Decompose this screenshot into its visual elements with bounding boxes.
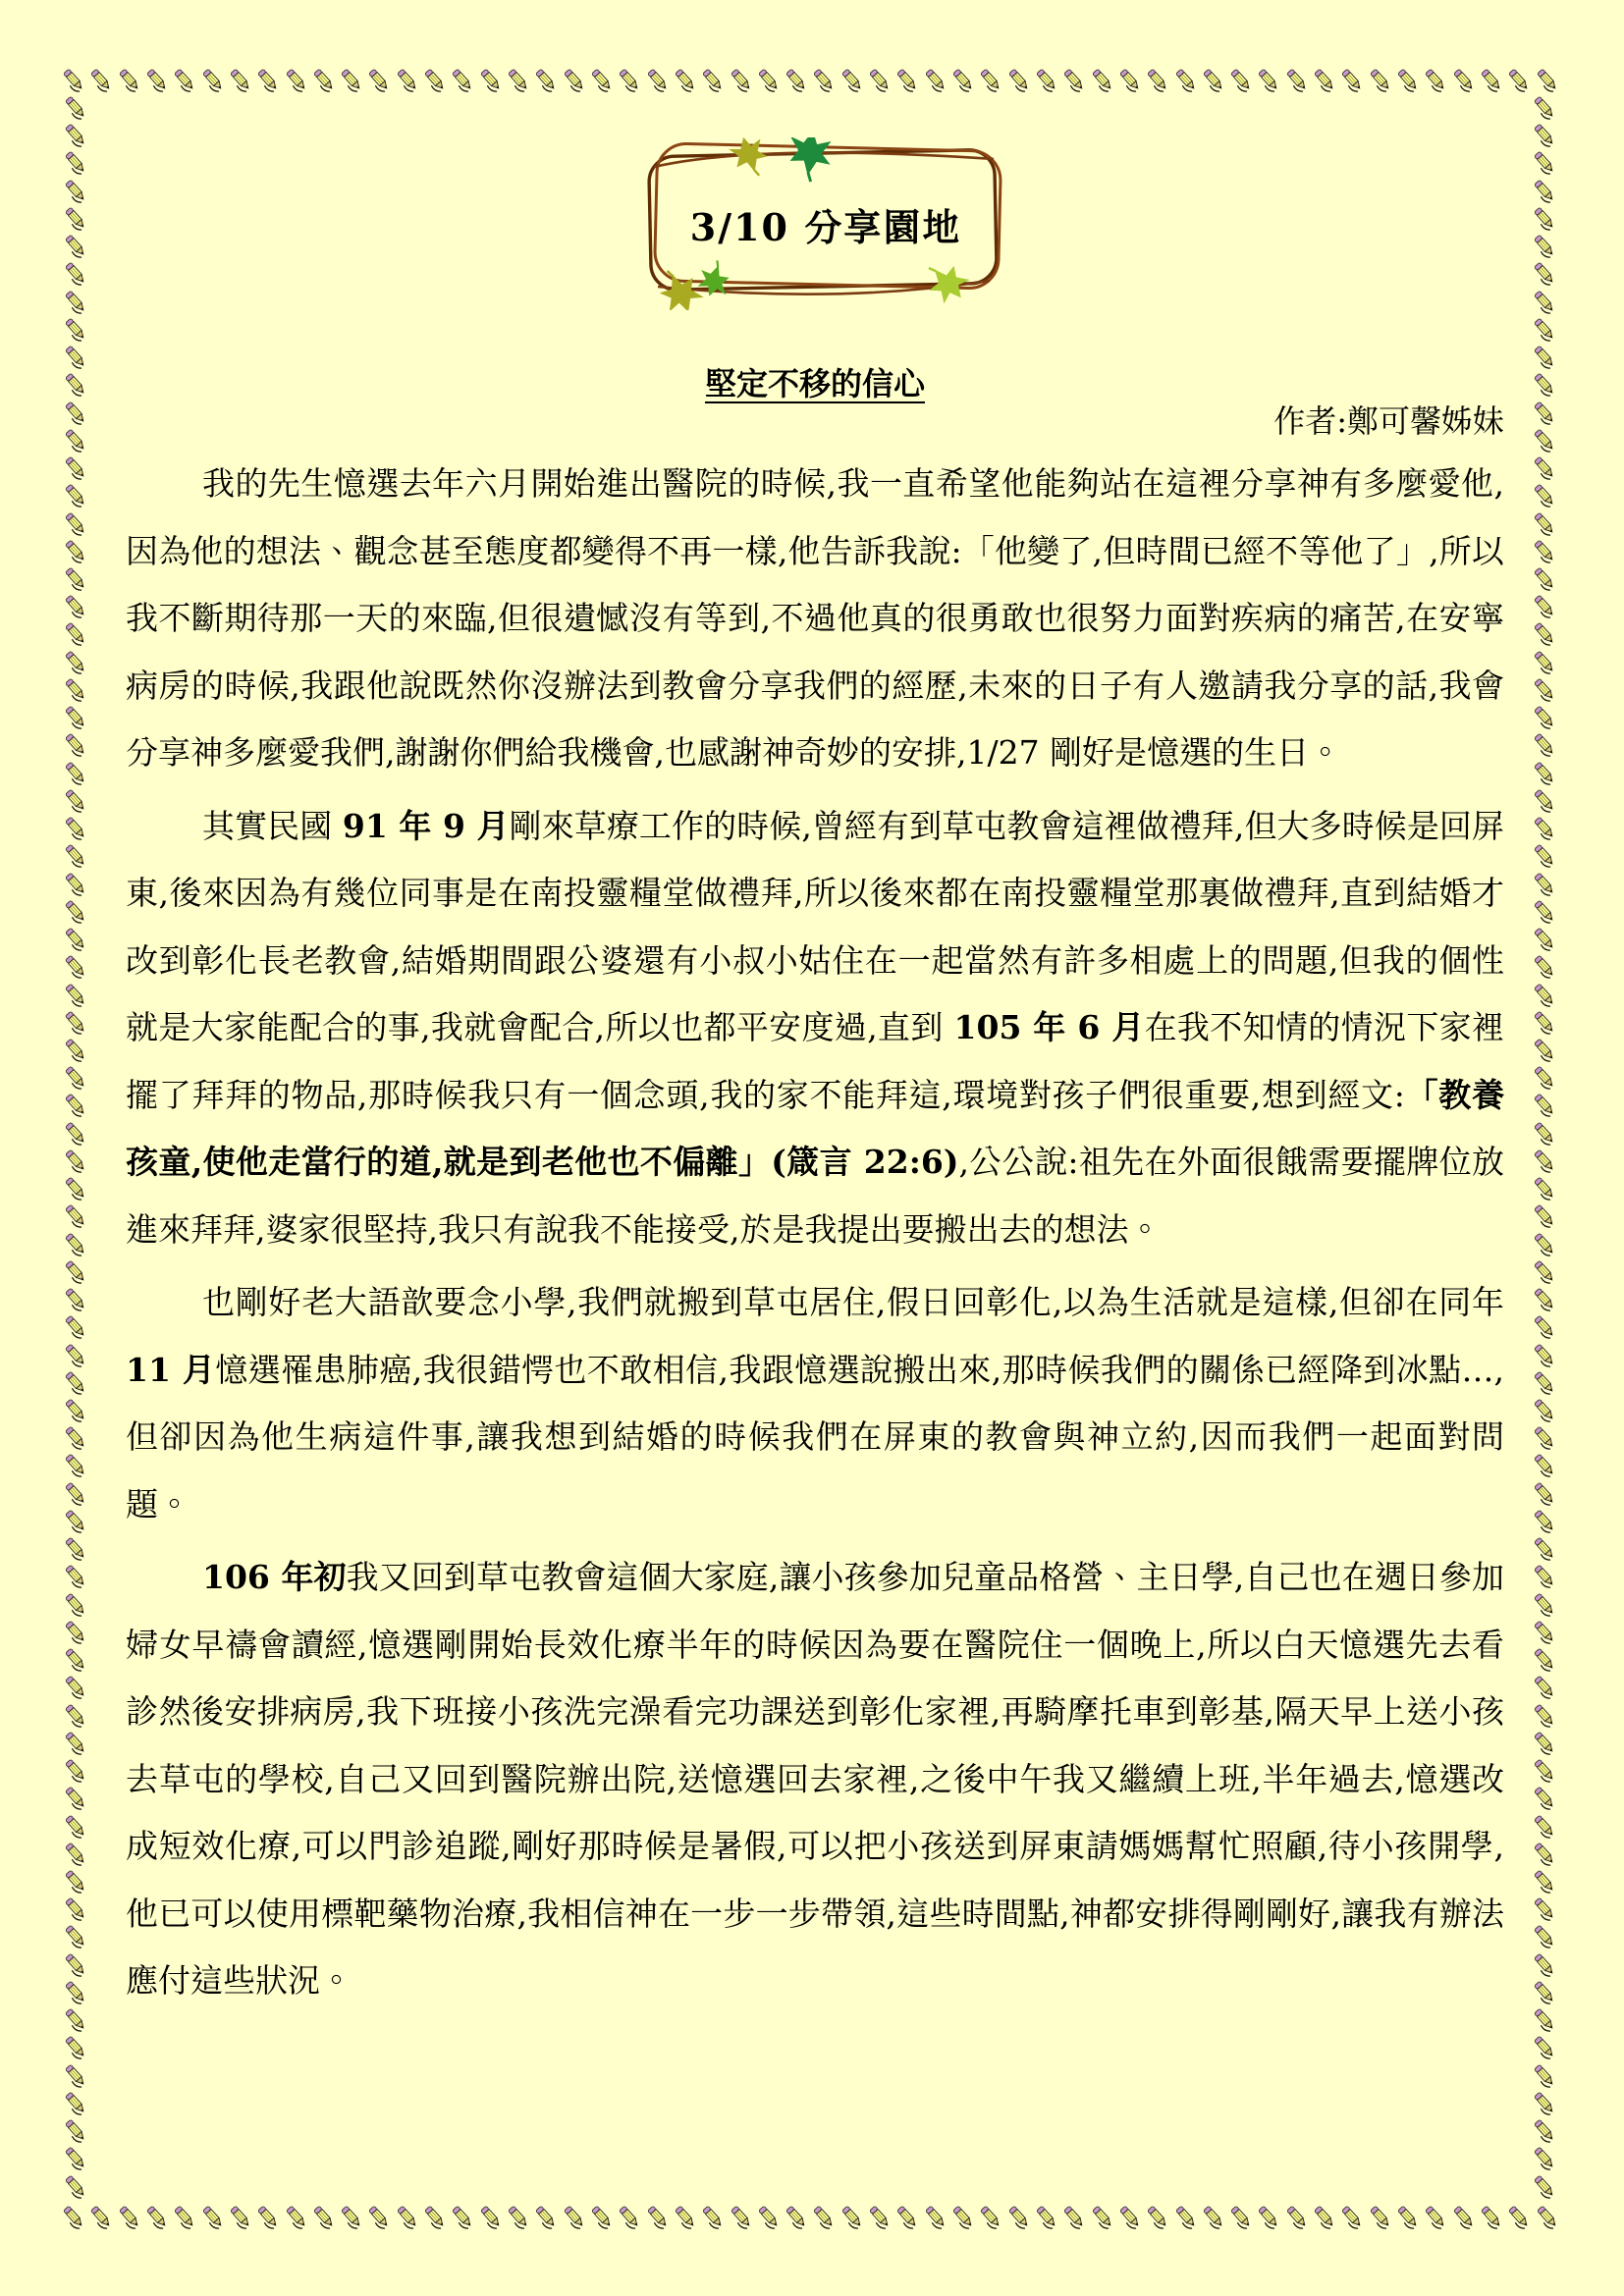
pencil-icon <box>1532 1286 1558 1312</box>
pencil-icon <box>1532 2117 1558 2144</box>
pencil-border-top <box>61 65 1561 94</box>
pencil-icon <box>63 316 89 343</box>
body-paragraph: 也剛好老大語歆要念小學,我們就搬到草屯居住,假日回彰化,以為生活就是這樣,但卻在… <box>126 1269 1504 1538</box>
pencil-icon <box>1479 2204 1505 2230</box>
pencil-icon <box>1423 2204 1449 2230</box>
pencil-icon <box>1532 260 1558 287</box>
pencil-icon <box>1532 953 1558 980</box>
pencil-icon <box>1532 1508 1558 1534</box>
pencil-icon <box>1532 1535 1558 1562</box>
pencil-icon <box>63 538 89 564</box>
pencil-icon <box>729 67 755 93</box>
pencil-icon <box>1532 1064 1558 1091</box>
pencil-icon <box>1532 704 1558 730</box>
pencil-border-bottom <box>61 2202 1561 2231</box>
pencil-icon <box>978 2204 1004 2230</box>
pencil-icon <box>63 1508 89 1534</box>
pencil-icon <box>645 2204 672 2230</box>
pencil-icon <box>1532 898 1558 925</box>
pencil-icon <box>63 731 89 758</box>
pencil-icon <box>172 2204 198 2230</box>
pencil-icon <box>63 1896 89 1922</box>
pencil-icon <box>1532 1092 1558 1118</box>
pencil-icon <box>1532 2173 1558 2200</box>
pencil-border-right <box>1530 94 1559 2200</box>
pencil-icon <box>63 510 89 537</box>
pencil-icon <box>756 67 783 93</box>
pencil-icon <box>255 2204 282 2230</box>
pencil-icon <box>1532 1452 1558 1478</box>
pencil-icon <box>617 2204 643 2230</box>
text-run: 其實民國 <box>202 807 343 845</box>
pencil-icon <box>700 67 727 93</box>
bold-run: 106 年初 <box>202 1558 347 1596</box>
pencil-icon <box>63 1563 89 1589</box>
pencil-icon <box>1532 289 1558 315</box>
pencil-icon <box>63 2006 89 2033</box>
pencil-icon <box>1532 1480 1558 1507</box>
pencil-icon <box>1034 67 1060 93</box>
pencil-icon <box>63 1231 89 1257</box>
pencil-icon <box>1368 67 1394 93</box>
pencil-icon <box>589 67 616 93</box>
pencil-icon <box>63 1064 89 1091</box>
pencil-icon <box>63 1342 89 1368</box>
pencil-icon <box>63 2034 89 2060</box>
pencil-border-left <box>61 94 90 2200</box>
pencil-icon <box>1228 2204 1255 2230</box>
pencil-icon <box>811 67 838 93</box>
pencil-icon <box>1284 67 1311 93</box>
pencil-icon <box>63 233 89 259</box>
pencil-icon <box>1535 2204 1561 2230</box>
pencil-icon <box>339 2204 365 2230</box>
pencil-icon <box>894 2204 921 2230</box>
pencil-icon <box>1532 1757 1558 1784</box>
pencil-icon <box>366 67 393 93</box>
pencil-icon <box>950 67 977 93</box>
pencil-icon <box>63 1120 89 1147</box>
pencil-icon <box>1423 67 1449 93</box>
pencil-icon <box>200 67 227 93</box>
pencil-icon <box>63 1258 89 1285</box>
pencil-icon <box>1532 2034 1558 2060</box>
pencil-icon <box>811 2204 838 2230</box>
pencil-icon <box>1532 178 1558 204</box>
pencil-icon <box>1532 149 1558 176</box>
pencil-icon <box>478 67 505 93</box>
text-run: 我的先生憶選去年六月開始進出醫院的時候,我一直希望他能夠站在這裡分享神有多麼愛他… <box>126 464 1504 772</box>
pencil-icon <box>63 982 89 1008</box>
pencil-icon <box>756 2204 783 2230</box>
pencil-icon <box>1061 67 1088 93</box>
pencil-icon <box>1395 67 1422 93</box>
pencil-icon <box>63 1646 89 1673</box>
pencil-icon <box>506 67 532 93</box>
body-text: 我的先生憶選去年六月開始進出醫院的時候,我一直希望他能夠站在這裡分享神有多麼愛他… <box>126 451 1504 2021</box>
pencil-icon <box>144 67 171 93</box>
pencil-icon <box>88 67 115 93</box>
body-paragraph: 其實民國 91 年 9 月剛來草療工作的時候,曾經有到草屯教會這裡做禮拜,但大多… <box>126 793 1504 1264</box>
bold-run: 105 年 6 月 <box>954 1008 1145 1046</box>
pencil-icon <box>63 400 89 426</box>
pencil-icon <box>117 2204 143 2230</box>
pencil-icon <box>63 1868 89 1895</box>
pencil-icon <box>1532 1258 1558 1285</box>
pencil-icon <box>63 2173 89 2200</box>
pencil-icon <box>395 2204 421 2230</box>
pencil-icon <box>63 1148 89 1174</box>
page-title: 3/10 分享園地 <box>640 137 1011 310</box>
pencil-icon <box>63 1785 89 1811</box>
pencil-icon <box>1532 1674 1558 1700</box>
pencil-icon <box>63 1535 89 1562</box>
pencil-icon <box>1532 1646 1558 1673</box>
pencil-icon <box>923 2204 949 2230</box>
pencil-icon <box>61 67 87 93</box>
pencil-icon <box>1532 1369 1558 1396</box>
pencil-icon <box>1532 427 1558 454</box>
pencil-icon <box>63 760 89 786</box>
pencil-icon <box>1312 2204 1338 2230</box>
pencil-icon <box>200 2204 227 2230</box>
bold-run: 91 年 9 月 <box>343 807 510 845</box>
pencil-icon <box>1090 2204 1116 2230</box>
pencil-icon <box>1532 1619 1558 1645</box>
pencil-icon <box>63 1702 89 1729</box>
pencil-icon <box>1532 1231 1558 1257</box>
pencil-icon <box>63 649 89 675</box>
pencil-icon <box>63 1397 89 1423</box>
pencil-icon <box>63 289 89 315</box>
pencil-icon <box>1532 787 1558 814</box>
pencil-icon <box>533 67 560 93</box>
pencil-icon <box>63 371 89 398</box>
pencil-icon <box>894 67 921 93</box>
pencil-icon <box>1228 67 1255 93</box>
pencil-icon <box>63 815 89 841</box>
pencil-icon <box>88 2204 115 2230</box>
pencil-icon <box>1532 2145 1558 2171</box>
pencil-icon <box>63 94 89 121</box>
pencil-icon <box>63 898 89 925</box>
pencil-icon <box>1256 67 1282 93</box>
pencil-icon <box>63 2090 89 2116</box>
pencil-icon <box>63 1313 89 1340</box>
pencil-icon <box>1532 344 1558 370</box>
pencil-icon <box>1532 1202 1558 1229</box>
pencil-icon <box>63 926 89 952</box>
pencil-icon <box>1061 2204 1088 2230</box>
pencil-icon <box>63 2145 89 2171</box>
pencil-icon <box>1090 67 1116 93</box>
pencil-icon <box>63 1923 89 1949</box>
pencil-icon <box>63 427 89 454</box>
pencil-icon <box>1532 649 1558 675</box>
pencil-icon <box>1532 1841 1558 1867</box>
pencil-icon <box>63 1591 89 1618</box>
pencil-icon <box>1532 1175 1558 1201</box>
pencil-icon <box>1532 1979 1558 2005</box>
pencil-icon <box>562 2204 588 2230</box>
pencil-icon <box>1532 233 1558 259</box>
pencil-icon <box>63 1480 89 1507</box>
pencil-icon <box>1532 1342 1558 1368</box>
pencil-icon <box>228 67 254 93</box>
pencil-icon <box>450 67 476 93</box>
pencil-icon <box>422 67 449 93</box>
pencil-icon <box>63 1452 89 1478</box>
pencil-icon <box>63 1674 89 1700</box>
title-frame: 3/10 分享園地 <box>640 137 1011 310</box>
pencil-icon <box>450 2204 476 2230</box>
pencil-icon <box>562 67 588 93</box>
pencil-icon <box>228 2204 254 2230</box>
pencil-icon <box>589 2204 616 2230</box>
text-run: 也剛好老大語歆要念小學,我們就搬到草屯居住,假日回彰化,以為生活就是這樣,但卻在… <box>202 1283 1504 1321</box>
pencil-icon <box>1256 2204 1282 2230</box>
pencil-icon <box>1312 67 1338 93</box>
pencil-icon <box>1532 565 1558 592</box>
pencil-icon <box>63 1009 89 1036</box>
pencil-icon <box>1532 593 1558 619</box>
pencil-icon <box>63 871 89 897</box>
pencil-icon <box>395 67 421 93</box>
pencil-icon <box>1532 454 1558 481</box>
pencil-icon <box>255 67 282 93</box>
pencil-icon <box>1532 1951 1558 1978</box>
pencil-icon <box>63 1619 89 1645</box>
pencil-icon <box>1532 815 1558 841</box>
pencil-icon <box>63 1730 89 1756</box>
pencil-icon <box>63 482 89 508</box>
pencil-icon <box>1532 1896 1558 1922</box>
pencil-icon <box>839 67 866 93</box>
pencil-icon <box>63 842 89 869</box>
pencil-icon <box>63 149 89 176</box>
pencil-icon <box>422 2204 449 2230</box>
pencil-icon <box>784 2204 810 2230</box>
pencil-icon <box>63 178 89 204</box>
pencil-icon <box>1532 676 1558 703</box>
pencil-icon <box>1506 67 1533 93</box>
pencil-icon <box>1532 982 1558 1008</box>
pencil-icon <box>1532 1424 1558 1451</box>
pencil-icon <box>645 67 672 93</box>
pencil-icon <box>839 2204 866 2230</box>
pencil-icon <box>1201 2204 1227 2230</box>
pencil-icon <box>923 67 949 93</box>
pencil-icon <box>63 1037 89 1063</box>
pencil-icon <box>1535 67 1561 93</box>
pencil-icon <box>366 2204 393 2230</box>
pencil-icon <box>63 1757 89 1784</box>
pencil-icon <box>1284 2204 1311 2230</box>
pencil-icon <box>1145 67 1171 93</box>
pencil-icon <box>63 593 89 619</box>
pencil-icon <box>1479 67 1505 93</box>
pencil-icon <box>63 260 89 287</box>
pencil-icon <box>63 2062 89 2089</box>
pencil-icon <box>673 67 699 93</box>
pencil-icon <box>617 67 643 93</box>
pencil-icon <box>1006 2204 1033 2230</box>
document-page: 3/10 分享園地 堅定不移的信心 作者:鄭可馨姊妹 我的先生憶選去年六月開始進… <box>0 0 1624 2296</box>
pencil-icon <box>1532 1148 1558 1174</box>
pencil-icon <box>506 2204 532 2230</box>
pencil-icon <box>978 67 1004 93</box>
pencil-icon <box>1532 926 1558 952</box>
pencil-icon <box>1532 400 1558 426</box>
pencil-icon <box>63 205 89 232</box>
text-run: 憶選罹患肺癌,我很錯愕也不敢相信,我跟憶選說搬出來,那時候我們的關係已經降到冰點… <box>126 1351 1504 1523</box>
pencil-icon <box>63 1979 89 2005</box>
pencil-icon <box>700 2204 727 2230</box>
pencil-icon <box>1532 538 1558 564</box>
pencil-icon <box>1532 2062 1558 2089</box>
pencil-icon <box>311 67 338 93</box>
pencil-icon <box>1532 1813 1558 1840</box>
pencil-icon <box>1532 1563 1558 1589</box>
pencil-icon <box>63 1092 89 1118</box>
pencil-icon <box>867 2204 893 2230</box>
pencil-icon <box>1034 2204 1060 2230</box>
pencil-icon <box>1532 760 1558 786</box>
bold-run: 11 月 <box>126 1351 215 1389</box>
pencil-icon <box>63 1369 89 1396</box>
pencil-icon <box>311 2204 338 2230</box>
pencil-icon <box>1532 1591 1558 1618</box>
body-paragraph: 106 年初我又回到草屯教會這個大家庭,讓小孩參加兒童品格營、主日學,自己也在週… <box>126 1544 1504 2015</box>
text-run: 我又回到草屯教會這個大家庭,讓小孩參加兒童品格營、主日學,自己也在週日參加婦女早… <box>126 1558 1504 2000</box>
pencil-icon <box>1532 1037 1558 1063</box>
pencil-icon <box>1201 67 1227 93</box>
pencil-icon <box>1532 122 1558 148</box>
pencil-icon <box>63 2117 89 2144</box>
pencil-icon <box>284 67 310 93</box>
pencil-icon <box>1532 510 1558 537</box>
pencil-icon <box>1532 1923 1558 1949</box>
pencil-icon <box>1145 2204 1171 2230</box>
pencil-icon <box>1395 2204 1422 2230</box>
pencil-icon <box>63 1175 89 1201</box>
pencil-icon <box>63 1841 89 1867</box>
pencil-icon <box>478 2204 505 2230</box>
pencil-icon <box>1532 94 1558 121</box>
pencil-icon <box>63 704 89 730</box>
pencil-icon <box>1532 2006 1558 2033</box>
pencil-icon <box>1532 371 1558 398</box>
pencil-icon <box>117 67 143 93</box>
pencil-icon <box>1368 2204 1394 2230</box>
pencil-icon <box>1532 205 1558 232</box>
pencil-icon <box>1532 1009 1558 1036</box>
pencil-icon <box>1006 67 1033 93</box>
pencil-icon <box>63 1286 89 1312</box>
pencil-icon <box>1339 2204 1366 2230</box>
pencil-icon <box>1532 1868 1558 1895</box>
pencil-icon <box>1532 1397 1558 1423</box>
pencil-icon <box>63 1424 89 1451</box>
pencil-icon <box>1173 67 1200 93</box>
pencil-icon <box>1532 1730 1558 1756</box>
pencil-icon <box>144 2204 171 2230</box>
pencil-icon <box>784 67 810 93</box>
pencil-icon <box>339 67 365 93</box>
pencil-icon <box>63 953 89 980</box>
pencil-icon <box>1532 871 1558 897</box>
pencil-icon <box>729 2204 755 2230</box>
pencil-icon <box>1532 2090 1558 2116</box>
pencil-icon <box>1532 842 1558 869</box>
pencil-icon <box>63 676 89 703</box>
pencil-icon <box>1117 67 1144 93</box>
pencil-icon <box>1173 2204 1200 2230</box>
pencil-icon <box>63 344 89 370</box>
pencil-icon <box>1532 1313 1558 1340</box>
author-line: 作者:鄭可馨姊妹 <box>126 397 1504 442</box>
pencil-icon <box>1532 731 1558 758</box>
pencil-icon <box>63 122 89 148</box>
pencil-icon <box>1532 316 1558 343</box>
pencil-icon <box>63 454 89 481</box>
body-paragraph: 我的先生憶選去年六月開始進出醫院的時候,我一直希望他能夠站在這裡分享神有多麼愛他… <box>126 451 1504 787</box>
pencil-icon <box>673 2204 699 2230</box>
pencil-icon <box>63 1813 89 1840</box>
pencil-icon <box>61 2204 87 2230</box>
pencil-icon <box>1532 1785 1558 1811</box>
pencil-icon <box>1532 620 1558 647</box>
pencil-icon <box>1339 67 1366 93</box>
pencil-icon <box>867 67 893 93</box>
pencil-icon <box>1532 482 1558 508</box>
pencil-icon <box>1117 2204 1144 2230</box>
pencil-icon <box>1451 67 1478 93</box>
pencil-icon <box>1532 1120 1558 1147</box>
pencil-icon <box>172 67 198 93</box>
pencil-icon <box>63 1951 89 1978</box>
pencil-icon <box>63 1202 89 1229</box>
pencil-icon <box>63 620 89 647</box>
pencil-icon <box>533 2204 560 2230</box>
pencil-icon <box>1451 2204 1478 2230</box>
pencil-icon <box>1506 2204 1533 2230</box>
pencil-icon <box>1532 1702 1558 1729</box>
pencil-icon <box>284 2204 310 2230</box>
pencil-icon <box>63 565 89 592</box>
pencil-icon <box>63 787 89 814</box>
pencil-icon <box>950 2204 977 2230</box>
